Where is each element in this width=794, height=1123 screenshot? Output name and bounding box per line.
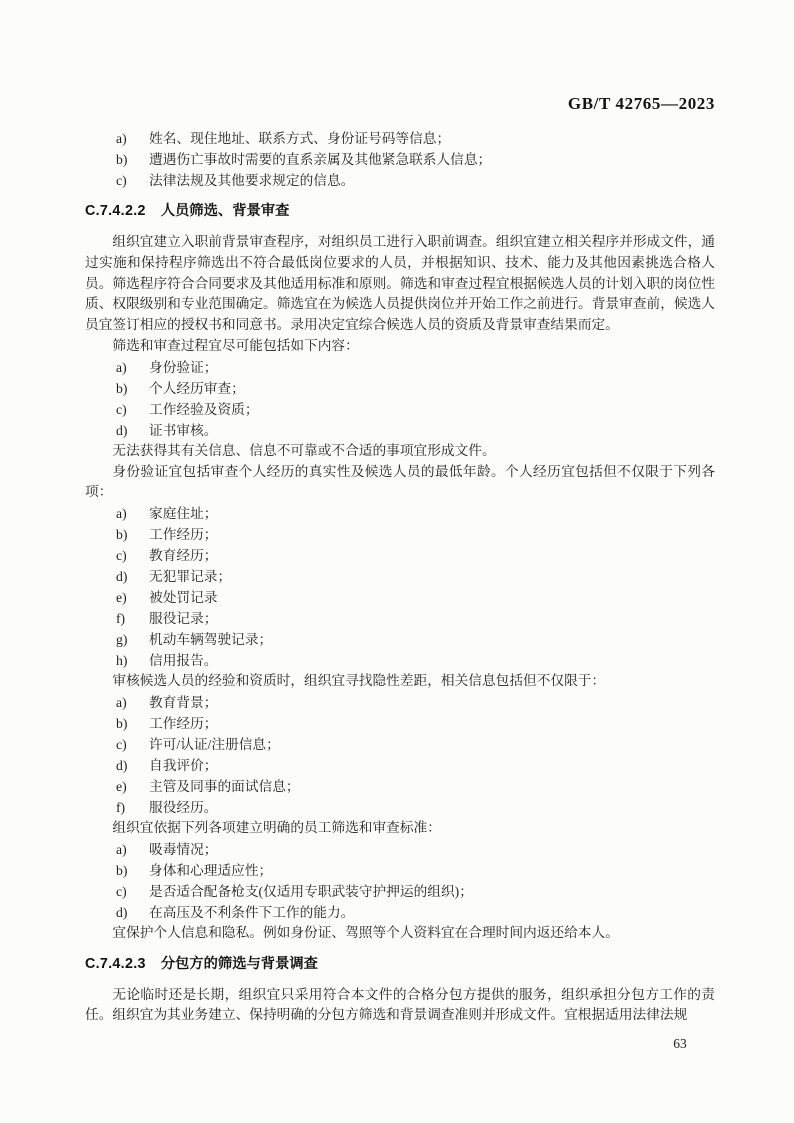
list-item-text: 证书审核。: [149, 420, 715, 441]
list-item-text: 工作经历；: [149, 524, 715, 545]
list-item-text: 教育背景；: [149, 692, 715, 713]
list-item: c) 工作经验及资质；: [85, 399, 715, 420]
list-item-label: a): [116, 692, 149, 713]
paragraph-identity-verification: 身份验证宜包括审查个人经历的真实性及候选人员的最低年龄。个人经历宜包括但不仅限于…: [85, 462, 715, 504]
list-item-label: f): [116, 797, 149, 818]
list-item: a) 吸毒情况；: [85, 839, 715, 860]
list-item: h) 信用报告。: [85, 650, 715, 671]
list-item-text: 姓名、现住地址、联系方式、身份证号码等信息；: [149, 128, 715, 149]
list-item: d) 自我评价；: [85, 755, 715, 776]
section-title: 人员筛选、背景审查: [161, 203, 290, 219]
list-item-text: 信用报告。: [149, 650, 715, 671]
section-heading-employee-screening: C.7.4.2.2人员筛选、背景审查: [85, 201, 715, 221]
list-item-label: c): [116, 170, 149, 191]
list-item-text: 家庭住址；: [149, 503, 715, 524]
list-item-text: 许可/认证/注册信息；: [149, 734, 715, 755]
info-items-list: a) 姓名、现住地址、联系方式、身份证号码等信息； b) 遭遇伤亡事故时需要的直…: [85, 128, 715, 191]
list-item-label: c): [116, 399, 149, 420]
list-item-text: 无犯罪记录；: [149, 566, 715, 587]
lead-screening-criteria: 组织宜依据下列各项建立明确的员工筛选和审查标准：: [85, 818, 715, 839]
section-number: C.7.4.2.3: [85, 956, 146, 972]
list-item-label: b): [116, 860, 149, 881]
list-item: b) 身体和心理适应性；: [85, 860, 715, 881]
list-item-label: b): [116, 149, 149, 170]
paragraph-privacy-protection: 宜保护个人信息和隐私。例如身份证、驾照等个人资料宜在合理时间内返还给本人。: [85, 923, 715, 944]
list-item-label: f): [116, 608, 149, 629]
list-item-label: b): [116, 524, 149, 545]
list-item-text: 工作经历；: [149, 713, 715, 734]
standard-code-header: GB/T 42765—2023: [85, 94, 715, 114]
list-item: d) 证书审核。: [85, 420, 715, 441]
list-item: b) 个人经历审查；: [85, 378, 715, 399]
list-item: g) 机动车辆驾驶记录；: [85, 629, 715, 650]
list-item: e) 被处罚记录: [85, 587, 715, 608]
list-item-text: 身份验证；: [149, 357, 715, 378]
page-content: a) 姓名、现住地址、联系方式、身份证号码等信息； b) 遭遇伤亡事故时需要的直…: [85, 128, 715, 1026]
list-item-text: 身体和心理适应性；: [149, 860, 715, 881]
list-item-label: c): [116, 881, 149, 902]
list-item-text: 主管及同事的面试信息；: [149, 776, 715, 797]
list-item: c) 教育经历；: [85, 545, 715, 566]
list-item: c) 是否适合配备枪支(仅适用专职武装守护押运的组织)；: [85, 881, 715, 902]
list-item-label: d): [116, 902, 149, 923]
lead-screening-contents: 筛选和审查过程宜尽可能包括如下内容：: [85, 336, 715, 357]
list-item-text: 法律法规及其他要求规定的信息。: [149, 170, 715, 191]
list-item-label: e): [116, 587, 149, 608]
screening-items-list: a) 身份验证； b) 个人经历审查； c) 工作经验及资质； d) 证书审核。: [85, 357, 715, 441]
criteria-items-list: a) 吸毒情况； b) 身体和心理适应性； c) 是否适合配备枪支(仅适用专职武…: [85, 839, 715, 923]
list-item: b) 工作经历；: [85, 713, 715, 734]
list-item: c) 法律法规及其他要求规定的信息。: [85, 170, 715, 191]
list-item: a) 身份验证；: [85, 357, 715, 378]
list-item: f) 服役经历。: [85, 797, 715, 818]
list-item-text: 在高压及不利条件下工作的能力。: [149, 902, 715, 923]
paragraph-undocumented-info: 无法获得其有关信息、信息不可靠或不合适的事项宜形成文件。: [85, 441, 715, 462]
list-item: c) 许可/认证/注册信息；: [85, 734, 715, 755]
list-item-label: a): [116, 357, 149, 378]
list-item: a) 姓名、现住地址、联系方式、身份证号码等信息；: [85, 128, 715, 149]
identity-items-list: a) 家庭住址； b) 工作经历； c) 教育经历； d) 无犯罪记录； e) …: [85, 503, 715, 671]
document-page: GB/T 42765—2023 a) 姓名、现住地址、联系方式、身份证号码等信息…: [0, 0, 794, 1123]
list-item-label: a): [116, 839, 149, 860]
list-item-text: 机动车辆驾驶记录；: [149, 629, 715, 650]
list-item-label: d): [116, 566, 149, 587]
list-item: e) 主管及同事的面试信息；: [85, 776, 715, 797]
list-item-label: d): [116, 755, 149, 776]
list-item: d) 无犯罪记录；: [85, 566, 715, 587]
list-item-label: d): [116, 420, 149, 441]
gap-items-list: a) 教育背景； b) 工作经历； c) 许可/认证/注册信息； d) 自我评价…: [85, 692, 715, 818]
list-item: a) 家庭住址；: [85, 503, 715, 524]
list-item-text: 服役记录；: [149, 608, 715, 629]
list-item-text: 服役经历。: [149, 797, 715, 818]
list-item-text: 个人经历审查；: [149, 378, 715, 399]
list-item-text: 吸毒情况；: [149, 839, 715, 860]
section-number: C.7.4.2.2: [85, 203, 146, 219]
paragraph-subcontractor-intro: 无论临时还是长期，组织宜只采用符合本文件的合格分包方提供的服务，组织承担分包方工…: [85, 985, 715, 1027]
list-item-text: 遭遇伤亡事故时需要的直系亲属及其他紧急联系人信息；: [149, 149, 715, 170]
lead-hidden-gaps: 审核候选人员的经验和资质时，组织宜寻找隐性差距，相关信息包括但不仅限于：: [85, 671, 715, 692]
list-item-label: h): [116, 650, 149, 671]
list-item-text: 教育经历；: [149, 545, 715, 566]
page-number: 63: [660, 1036, 700, 1052]
list-item-label: b): [116, 378, 149, 399]
list-item-label: c): [116, 545, 149, 566]
list-item-text: 是否适合配备枪支(仅适用专职武装守护押运的组织)；: [149, 881, 715, 902]
list-item-label: c): [116, 734, 149, 755]
list-item-text: 自我评价；: [149, 755, 715, 776]
list-item-label: b): [116, 713, 149, 734]
list-item-label: e): [116, 776, 149, 797]
list-item-label: a): [116, 128, 149, 149]
section-heading-subcontractor-screening: C.7.4.2.3分包方的筛选与背景调查: [85, 954, 715, 974]
list-item-text: 工作经验及资质；: [149, 399, 715, 420]
list-item: b) 工作经历；: [85, 524, 715, 545]
list-item: b) 遭遇伤亡事故时需要的直系亲属及其他紧急联系人信息；: [85, 149, 715, 170]
list-item: f) 服役记录；: [85, 608, 715, 629]
paragraph-screening-intro: 组织宜建立入职前背景审查程序，对组织员工进行入职前调查。组织宜建立相关程序并形成…: [85, 232, 715, 336]
list-item-label: g): [116, 629, 149, 650]
list-item: a) 教育背景；: [85, 692, 715, 713]
section-title: 分包方的筛选与背景调查: [161, 956, 318, 972]
list-item-label: a): [116, 503, 149, 524]
list-item: d) 在高压及不利条件下工作的能力。: [85, 902, 715, 923]
list-item-text: 被处罚记录: [149, 587, 715, 608]
